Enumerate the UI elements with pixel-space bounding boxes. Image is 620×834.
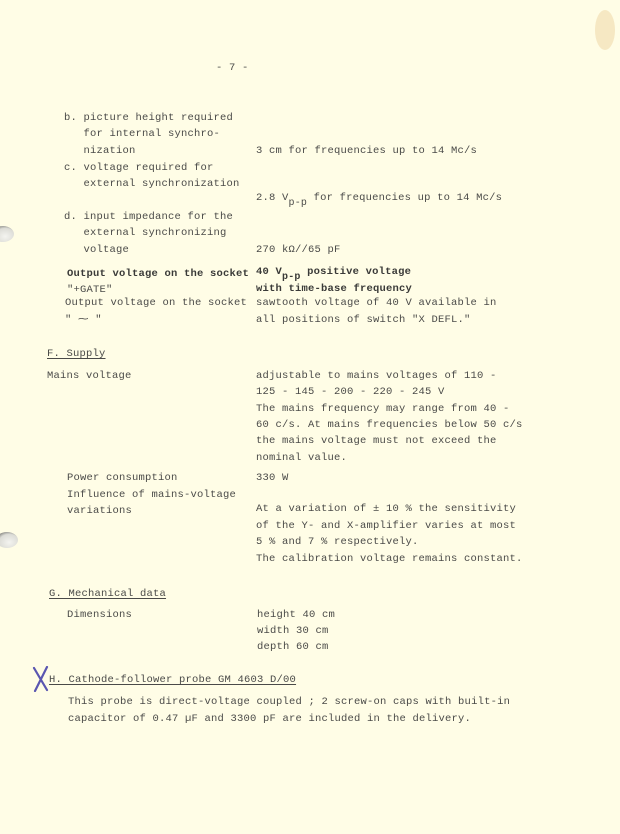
item-c-value-sub: p-p xyxy=(289,198,308,209)
mains-value-1: adjustable to mains voltages of 110 - xyxy=(256,368,497,384)
gate-output-value-suffix: positive voltage xyxy=(301,266,412,278)
item-b-value: 3 cm for frequencies up to 14 Mc/s xyxy=(256,143,477,159)
sawtooth-output-label-1: Output voltage on the socket xyxy=(65,295,247,311)
mains-value-3: The mains frequency may range from 40 - xyxy=(256,401,510,417)
influence-value-4: The calibration voltage remains constant… xyxy=(256,551,523,567)
dimension-height: height 40 cm xyxy=(257,607,335,623)
page-number: - 7 - xyxy=(216,60,249,76)
dimension-depth: depth 60 cm xyxy=(257,639,329,655)
item-c-value-suffix: for frequencies up to 14 Mc/s xyxy=(307,192,502,204)
dimension-width: width 30 cm xyxy=(257,623,329,639)
item-c-value: 2.8 Vp-p for frequencies up to 14 Mc/s xyxy=(256,190,502,207)
item-b-label-1: b. picture height required xyxy=(64,110,233,126)
section-f-heading: F. Supply xyxy=(47,346,106,362)
sawtooth-output-value-2: all positions of switch "X DEFL." xyxy=(256,312,471,328)
punch-hole-bottom xyxy=(0,532,18,548)
section-h-heading: H. Cathode-follower probe GM 4603 D/00 xyxy=(49,672,296,688)
section-h-body-2: capacitor of 0.47 µF and 3300 pF are inc… xyxy=(68,711,471,727)
gate-output-value-prefix: 40 V xyxy=(256,266,282,278)
section-h-body-1: This probe is direct-voltage coupled ; 2… xyxy=(68,694,510,710)
sawtooth-output-value-1: sawtooth voltage of 40 V available in xyxy=(256,295,497,311)
power-consumption-value: 330 W xyxy=(256,470,289,486)
influence-value-1: At a variation of ± 10 % the sensitivity xyxy=(256,501,516,517)
influence-value-3: 5 % and 7 % respectively. xyxy=(256,534,419,550)
influence-label-2: variations xyxy=(67,503,132,519)
gate-output-label-1: Output voltage on the socket xyxy=(67,266,249,282)
item-d-value: 270 kΩ//65 pF xyxy=(256,242,341,258)
item-c-label-1: c. voltage required for xyxy=(64,160,214,176)
influence-label-1: Influence of mains-voltage xyxy=(67,487,236,503)
mains-value-2: 125 - 145 - 200 - 220 - 245 V xyxy=(256,384,445,400)
pen-x-mark-icon xyxy=(32,666,50,692)
mains-value-4: 60 c/s. At mains frequencies below 50 c/… xyxy=(256,417,523,433)
mains-value-6: nominal value. xyxy=(256,450,347,466)
influence-value-2: of the Y- and X-amplifier varies at most xyxy=(256,518,516,534)
dimensions-label: Dimensions xyxy=(67,607,132,623)
section-g-heading: G. Mechanical data xyxy=(49,586,166,602)
paper-stain xyxy=(595,10,615,50)
item-d-label-3: voltage xyxy=(64,242,129,258)
mains-voltage-label: Mains voltage xyxy=(47,368,132,384)
item-b-label-2: for internal synchro- xyxy=(64,126,220,142)
item-d-label-2: external synchronizing xyxy=(64,225,227,241)
item-d-label-1: d. input impedance for the xyxy=(64,209,233,225)
punch-hole-top xyxy=(0,226,14,242)
power-consumption-label: Power consumption xyxy=(67,470,178,486)
item-b-label-3: nization xyxy=(64,143,136,159)
gate-output-value: 40 Vp-p positive voltage xyxy=(256,264,411,281)
item-c-value-prefix: 2.8 V xyxy=(256,192,289,204)
item-c-label-2: external synchronization xyxy=(64,176,240,192)
mains-value-5: the mains voltage must not exceed the xyxy=(256,433,497,449)
sawtooth-output-label-2: " ⁓ " xyxy=(65,312,102,328)
